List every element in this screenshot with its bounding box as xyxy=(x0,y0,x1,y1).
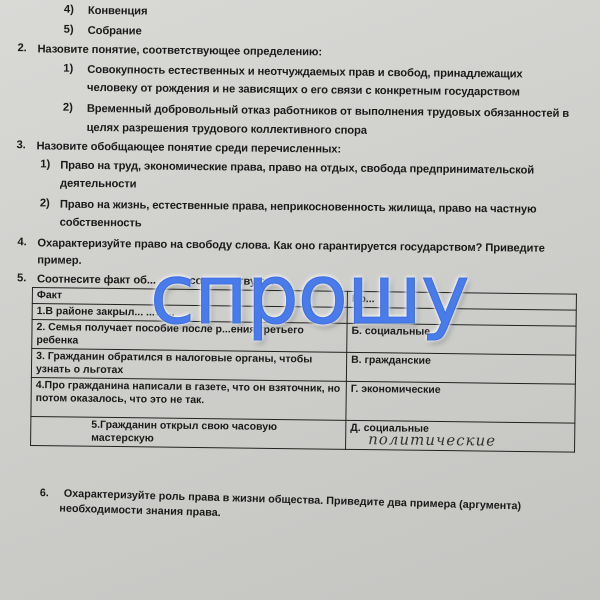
q1-option: Собрание xyxy=(88,24,142,39)
q3-item-line: Право на труд, экономические права, прав… xyxy=(60,159,534,178)
q3-item-line: собственность xyxy=(60,216,142,231)
table-row: 4.Про гражданина написали в газете, что … xyxy=(31,377,575,423)
q3-item-num: 2) xyxy=(40,197,50,209)
q3-text: Назовите обобщающее понятие среди перечи… xyxy=(36,139,341,156)
right-cell: В. гражданские xyxy=(346,352,575,384)
q3-item-line: Право на жизнь, естественные права, непр… xyxy=(60,198,537,217)
q2-item-num: 2) xyxy=(63,102,73,114)
handwritten-answer: политические xyxy=(368,433,570,448)
q6-line: необходимости знания права. xyxy=(59,503,221,520)
fact-cell: 5.Гражданин открыл свою часовую мастерск… xyxy=(31,416,346,449)
q2-item-num: 1) xyxy=(63,63,73,75)
q1-option: Конвенция xyxy=(88,4,148,19)
overlay-sticker-text: спрошу xyxy=(150,248,468,343)
fact-cell: 3. Гражданин обратился в налоговые орган… xyxy=(31,349,346,382)
table-row: 5.Гражданин открыл свою часовую мастерск… xyxy=(31,416,575,452)
right-cell: Д. социальные политические xyxy=(346,420,575,452)
right-cell: Г. экономические xyxy=(346,381,575,423)
q4-number: 4. xyxy=(17,236,26,248)
q3-item-num: 1) xyxy=(40,158,50,170)
q2-number: 2. xyxy=(17,42,26,54)
q2-text: Назовите понятие, соответствующее опреде… xyxy=(37,42,322,59)
q6-number: 6. xyxy=(40,487,49,499)
q3-item-line: деятельности xyxy=(60,177,137,192)
q2-item-line: человеку от рождения и не зависящих о ег… xyxy=(87,81,520,100)
q2-item-line: целях разрешения трудового коллективного… xyxy=(87,121,367,138)
q2-item-line: Временный добровольный отказ работников … xyxy=(87,102,569,121)
fact-cell: 4.Про гражданина написали в газете, что … xyxy=(31,377,346,420)
q2-item-line: Совокупность естественных и неотчуждаемы… xyxy=(87,63,522,82)
q5-number: 5. xyxy=(17,272,26,284)
q1-option-num: 5) xyxy=(64,24,74,36)
q1-option-num: 4) xyxy=(64,4,74,16)
q4-line: пример. xyxy=(37,253,81,267)
q3-number: 3. xyxy=(16,139,25,151)
